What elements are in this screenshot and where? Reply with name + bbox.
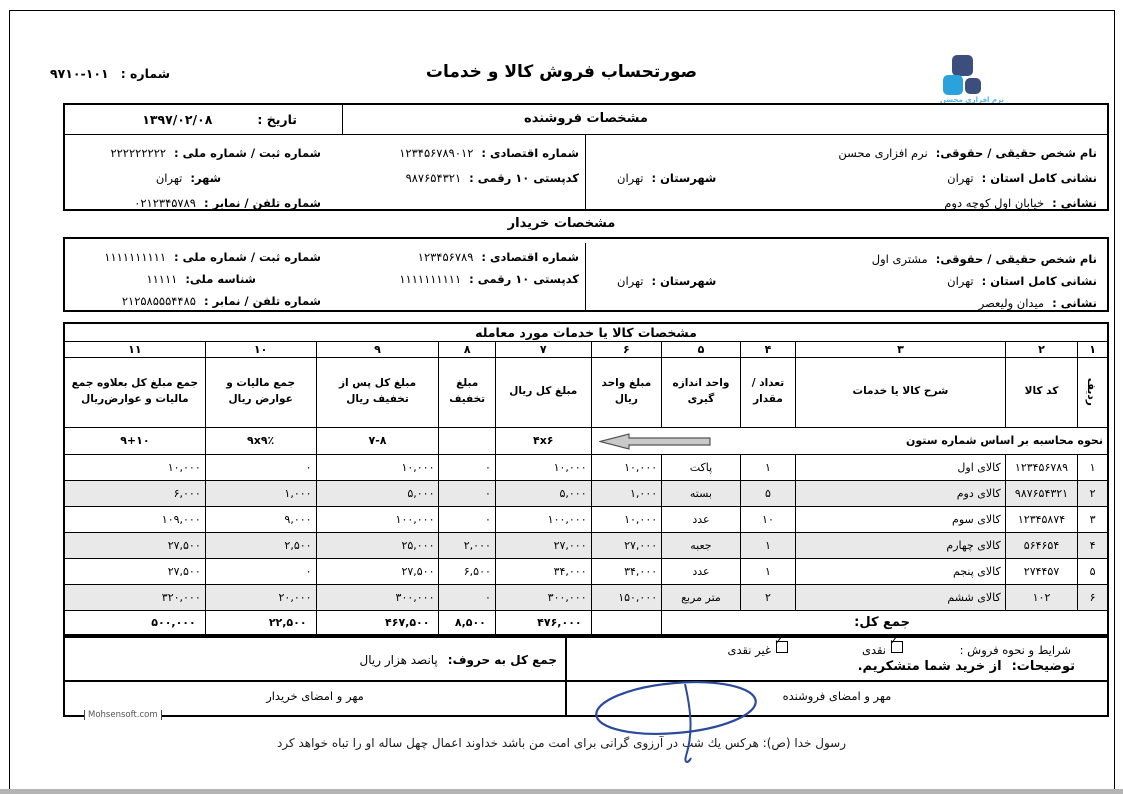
grand-total-label: جمع کل:: [662, 610, 1108, 635]
item-cell: ۱۰,۰۰۰: [64, 454, 205, 480]
item-cell: ۳۰۰,۰۰۰: [495, 584, 591, 610]
item-cell: پاکت: [662, 454, 741, 480]
seller-section: مشخصات فروشنده تاریخ : ۱۳۹۷/۰۲/۰۸ نام شخ…: [63, 103, 1109, 211]
item-cell: ۳۴,۰۰۰: [495, 558, 591, 584]
item-cell: ۱: [740, 558, 795, 584]
buyer-postal-value: ۱۱۱۱۱۱۱۱۱۱: [399, 272, 461, 286]
item-cell: متر مربع: [662, 584, 741, 610]
column-number: ۱۱: [64, 341, 205, 357]
column-number: ۱: [1078, 341, 1108, 357]
item-cell: ۲۵,۰۰۰: [316, 532, 439, 558]
item-cell: ۳۰۰,۰۰۰: [316, 584, 439, 610]
item-cell: ۲,۵۰۰: [205, 532, 316, 558]
buyer-name-label: نام شخص حقیقی / حقوقی:: [936, 252, 1097, 266]
item-row: ۱۱۲۳۴۵۶۷۸۹کالای اول۱پاکت۱۰,۰۰۰۱۰,۰۰۰۰۱۰,…: [64, 454, 1108, 480]
formula-col7: ۴x۶: [495, 427, 591, 454]
signature-section: مهر و امضای فروشنده مهر و امضای خریدار: [63, 680, 1109, 717]
seller-province-value: تهران: [947, 171, 974, 185]
item-cell: ۰: [205, 558, 316, 584]
items-table-section: مشخصات کالا یا خدمات مورد معامله ۱۲۳۴۵۶۷…: [63, 322, 1109, 636]
seller-postal-label: کدپستی ۱۰ رقمی :: [469, 171, 579, 185]
column-header: ردیف: [1078, 357, 1108, 427]
item-cell: ۱۵۰,۰۰۰: [591, 584, 662, 610]
item-cell: ۶: [1078, 584, 1108, 610]
seller-county-label: شهرستان :: [652, 171, 717, 185]
item-row: ۶۱۰۲کالای ششم۲متر مربع۱۵۰,۰۰۰۳۰۰,۰۰۰۰۳۰۰…: [64, 584, 1108, 610]
item-cell: ۶,۵۰۰: [439, 558, 495, 584]
buyer-economic-label: شماره اقتصادی :: [481, 250, 579, 264]
item-cell: ۱: [740, 454, 795, 480]
seller-city-label: شهر:: [190, 171, 221, 185]
formula-note-cell: نحوه محاسبه بر اساس شماره ستون: [591, 427, 1108, 454]
buyer-province-label: نشانی کامل استان :: [982, 274, 1097, 288]
column-numbers-row: ۱۲۳۴۵۶۷۸۹۱۰۱۱: [64, 341, 1108, 357]
total-discount: ۸,۵۰۰: [439, 610, 495, 635]
item-cell: ۳۲۰,۰۰۰: [64, 584, 205, 610]
column-header: شرح کالا یا خدمات: [796, 357, 1006, 427]
item-cell: ۱,۰۰۰: [591, 480, 662, 506]
total-amount: ۴۷۶,۰۰۰: [495, 610, 591, 635]
column-number: ۷: [495, 341, 591, 357]
item-row: ۲۹۸۷۶۵۴۳۲۱کالای دوم۵بسته۱,۰۰۰۵,۰۰۰۰۵,۰۰۰…: [64, 480, 1108, 506]
item-cell: ۲۷,۵۰۰: [64, 558, 205, 584]
date-value: ۱۳۹۷/۰۲/۰۸: [142, 112, 212, 127]
item-cell: ۹۸۷۶۵۴۳۲۱: [1005, 480, 1078, 506]
item-cell: ۱۰,۰۰۰: [316, 454, 439, 480]
item-cell: ۱۲۳۴۵۸۷۴: [1005, 506, 1078, 532]
item-cell: ۰: [439, 480, 495, 506]
item-cell: ۵,۰۰۰: [316, 480, 439, 506]
total-in-words-cell: جمع کل به حروف: پانصد هزار ریال: [65, 638, 565, 680]
item-cell: ۵,۰۰۰: [495, 480, 591, 506]
company-logo: نرم افزاری محسن: [936, 53, 1008, 103]
item-cell: کالای دوم: [796, 480, 1006, 506]
buyer-address-label: نشانی :: [1052, 296, 1097, 310]
buyer-postal-label: کدپستی ۱۰ رقمی :: [469, 272, 579, 286]
item-cell: عدد: [662, 506, 741, 532]
formula-row: نحوه محاسبه بر اساس شماره ستون ۴x۶ ۷-۸ ۹…: [64, 427, 1108, 454]
column-header: مبلغ واحد ریال: [591, 357, 662, 427]
date-label: تاریخ :: [257, 112, 297, 127]
handwritten-signature: [588, 676, 768, 771]
item-cell: کالای سوم: [796, 506, 1006, 532]
item-cell: ۱۰۲: [1005, 584, 1078, 610]
item-cell: ۰: [205, 454, 316, 480]
item-cell: ۱۰,۰۰۰: [591, 454, 662, 480]
column-header: جمع مبلغ کل بعلاوه جمع مالیات و عوارض‌ری…: [64, 357, 205, 427]
invoice-number-value: ۹۷۱۰-۱۰۱: [50, 66, 109, 81]
total-after-discount: ۴۶۷,۵۰۰: [316, 610, 439, 635]
buyer-section-title: مشخصات خریدار: [0, 216, 1123, 231]
column-header: مبلغ کل ریال: [495, 357, 591, 427]
buyer-economic-value: ۱۲۳۴۵۶۷۸۹: [418, 250, 474, 264]
seller-city-value: تهران: [156, 171, 183, 185]
checkmark-icon: ✓: [889, 633, 899, 647]
items-section-title: مشخصات کالا یا خدمات مورد معامله: [64, 323, 1108, 341]
item-cell: ۱۰۹,۰۰۰: [64, 506, 205, 532]
buyer-county-label: شهرستان :: [652, 274, 717, 288]
item-cell: ۲۷,۵۰۰: [64, 532, 205, 558]
cash-checkbox[interactable]: ✓: [891, 641, 902, 652]
item-cell: بسته: [662, 480, 741, 506]
item-cell: ۱۰: [740, 506, 795, 532]
column-header: واحد اندازه گیری: [662, 357, 741, 427]
column-number: ۳: [796, 341, 1006, 357]
item-cell: کالای اول: [796, 454, 1006, 480]
seller-county-value: تهران: [617, 171, 644, 185]
buyer-section: نام شخص حقیقی / حقوقی: مشتری اول نشانی ک…: [63, 237, 1109, 312]
item-cell: ۱۰,۰۰۰: [495, 454, 591, 480]
buyer-address-value: میدان ولیعصر: [979, 296, 1044, 310]
item-cell: ۰: [439, 506, 495, 532]
item-cell: ۰: [439, 454, 495, 480]
item-cell: ۲,۰۰۰: [439, 532, 495, 558]
column-header: مبلغ کل پس از تخفیف ریال: [316, 357, 439, 427]
invoice-number: شماره : ۹۷۱۰-۱۰۱: [50, 66, 170, 81]
total-tax: ۲۲,۵۰۰: [205, 610, 316, 635]
item-row: ۴۵۶۴۶۵۴کالای چهارم۱جعبه۲۷,۰۰۰۲۷,۰۰۰۲,۰۰۰…: [64, 532, 1108, 558]
item-cell: ۲۰,۰۰۰: [205, 584, 316, 610]
invoice-number-label: شماره :: [121, 66, 170, 81]
watermark-label: Mohsensoft.com: [84, 710, 162, 720]
formula-note: نحوه محاسبه بر اساس شماره ستون: [906, 434, 1103, 447]
total-words-label: جمع کل به حروف:: [448, 653, 557, 667]
item-cell: ۱۰,۰۰۰: [591, 506, 662, 532]
item-cell: ۱: [1078, 454, 1108, 480]
item-cell: کالای چهارم: [796, 532, 1006, 558]
formula-col11: ۹+۱۰: [64, 427, 205, 454]
item-cell: ۵: [740, 480, 795, 506]
item-cell: ۲۷,۰۰۰: [495, 532, 591, 558]
item-cell: ۰: [439, 584, 495, 610]
column-number: ۵: [662, 341, 741, 357]
buyer-phone-label: شماره تلفن / نمابر :: [204, 294, 321, 308]
notes-value: از خرید شما متشکریم.: [858, 659, 1002, 674]
column-header: مبلغ تخفیف: [439, 357, 495, 427]
item-cell: کالای ششم: [796, 584, 1006, 610]
column-number: ۴: [740, 341, 795, 357]
item-cell: ۱,۰۰۰: [205, 480, 316, 506]
seller-identity: نام شخص حقیقی / حقوقی: نرم افزاری محسن ن…: [585, 135, 1107, 210]
item-cell: ۲: [740, 584, 795, 610]
noncash-label: غیر نقدی: [727, 643, 771, 657]
seller-postal-value: ۹۸۷۶۵۴۳۲۱: [406, 171, 462, 185]
item-cell: ۹,۰۰۰: [205, 506, 316, 532]
seller-address-label: نشانی :: [1052, 196, 1097, 210]
item-cell: ۲۷۴۴۵۷: [1005, 558, 1078, 584]
seller-name-label: نام شخص حقیقی / حقوقی:: [936, 146, 1097, 160]
formula-col8: [439, 427, 495, 454]
column-header: کد کالا: [1005, 357, 1078, 427]
totals-row: جمع کل: ۴۷۶,۰۰۰ ۸,۵۰۰ ۴۶۷,۵۰۰ ۲۲,۵۰۰ ۵۰۰…: [64, 610, 1108, 635]
item-cell: ۱۰۰,۰۰۰: [495, 506, 591, 532]
seller-province-label: نشانی کامل استان :: [982, 171, 1097, 185]
total-payable: ۵۰۰,۰۰۰: [64, 610, 205, 635]
item-cell: ۵: [1078, 558, 1108, 584]
buyer-name-value: مشتری اول: [872, 252, 928, 266]
item-cell: ۱۲۳۴۵۶۷۸۹: [1005, 454, 1078, 480]
logo-square-icon: [943, 75, 963, 95]
invoice-page: { "page": { "title": "صورتحساب فروش کالا…: [0, 0, 1123, 794]
buyer-county-value: تهران: [617, 274, 644, 288]
buyer-identity: نام شخص حقیقی / حقوقی: مشتری اول نشانی ک…: [585, 243, 1107, 312]
column-number: ۲: [1005, 341, 1078, 357]
row-number-header: ردیف: [1082, 378, 1098, 406]
item-cell: ۴: [1078, 532, 1108, 558]
invoice-date: تاریخ : ۱۳۹۷/۰۲/۰۸: [65, 105, 343, 134]
logo-square-icon: [952, 55, 973, 76]
seller-economic-label: شماره اقتصادی :: [481, 146, 579, 160]
item-cell: ۶,۰۰۰: [64, 480, 205, 506]
seller-registration-value: ۲۲۲۲۲۲۲۲۲: [110, 146, 166, 160]
cash-label: نقدی: [862, 643, 886, 657]
items-table: مشخصات کالا یا خدمات مورد معامله ۱۲۳۴۵۶۷…: [63, 322, 1109, 636]
totals-empty-cell: [591, 610, 662, 635]
item-cell: ۳۴,۰۰۰: [591, 558, 662, 584]
noncash-checkbox[interactable]: ✓: [776, 641, 787, 652]
seller-phone-value: ۰۲۱۲۳۴۵۷۸۹: [134, 196, 196, 210]
seller-header: مشخصات فروشنده تاریخ : ۱۳۹۷/۰۲/۰۸: [65, 105, 1107, 135]
item-cell: ۱۰۰,۰۰۰: [316, 506, 439, 532]
column-number: ۱۰: [205, 341, 316, 357]
buyer-province-value: تهران: [947, 274, 974, 288]
buyer-registration-label: شماره ثبت / شماره ملی :: [174, 250, 321, 264]
checkmark-icon: ✓: [774, 633, 784, 647]
terms-label: شرایط و نحوه فروش :: [960, 643, 1071, 657]
items-tbody: ۱۱۲۳۴۵۶۷۸۹کالای اول۱پاکت۱۰,۰۰۰۱۰,۰۰۰۰۱۰,…: [64, 454, 1108, 610]
item-row: ۳۱۲۳۴۵۸۷۴کالای سوم۱۰عدد۱۰,۰۰۰۱۰۰,۰۰۰۰۱۰۰…: [64, 506, 1108, 532]
seller-registration-label: شماره ثبت / شماره ملی :: [174, 146, 321, 160]
seller-phone-label: شماره تلفن / نمابر :: [204, 196, 321, 210]
column-header: تعداد / مقدار: [740, 357, 795, 427]
item-cell: عدد: [662, 558, 741, 584]
formula-col10: ۹x۹٪: [205, 427, 316, 454]
item-cell: ۲۷,۵۰۰: [316, 558, 439, 584]
column-header: جمع مالیات و عوارض ریال: [205, 357, 316, 427]
seller-economic-value: ۱۲۳۴۵۶۷۸۹۰۱۲: [399, 146, 473, 160]
terms-cell: شرایط و نحوه فروش : ✓ نقدی ✓ غیر نقدی تو…: [565, 638, 1107, 680]
buyer-registration-value: ۱۱۱۱۱۱۱۱۱۱: [104, 250, 166, 264]
notes-label: توضیحات:: [1012, 659, 1075, 674]
column-number: ۸: [439, 341, 495, 357]
logo-square-icon: [965, 78, 981, 94]
footer-quote: رسول خدا (ص): هرکس یك شب در آرزوی گرانی …: [0, 736, 1123, 750]
buyer-national-id-value: ۱۱۱۱۱: [146, 272, 177, 286]
item-cell: ۲۷,۰۰۰: [591, 532, 662, 558]
summary-section: شرایط و نحوه فروش : ✓ نقدی ✓ غیر نقدی تو…: [63, 636, 1109, 682]
item-row: ۵۲۷۴۴۵۷کالای پنجم۱عدد۳۴,۰۰۰۳۴,۰۰۰۶,۵۰۰۲۷…: [64, 558, 1108, 584]
left-arrow-icon: [599, 433, 711, 450]
item-cell: ۲: [1078, 480, 1108, 506]
formula-col9: ۷-۸: [316, 427, 439, 454]
seller-address-value: خیابان اول کوچه دوم: [944, 196, 1044, 210]
column-number: ۶: [591, 341, 662, 357]
item-cell: کالای پنجم: [796, 558, 1006, 584]
item-cell: ۳: [1078, 506, 1108, 532]
item-cell: ۱: [740, 532, 795, 558]
item-cell: جعبه: [662, 532, 741, 558]
column-number: ۹: [316, 341, 439, 357]
item-cell: ۵۶۴۶۵۴: [1005, 532, 1078, 558]
seller-name-value: نرم افزاری محسن: [838, 146, 927, 160]
buyer-national-id-label: شناسه ملی:: [185, 272, 256, 286]
buyer-phone-value: ۲۱۲۵۸۵۵۵۴۴۸۵: [122, 294, 196, 308]
total-words-value: پانصد هزار ریال: [360, 653, 438, 667]
column-headers-row: ردیفکد کالاشرح کالا یا خدماتتعداد / مقدا…: [64, 357, 1108, 427]
page-bottom-shadow: [0, 789, 1123, 794]
